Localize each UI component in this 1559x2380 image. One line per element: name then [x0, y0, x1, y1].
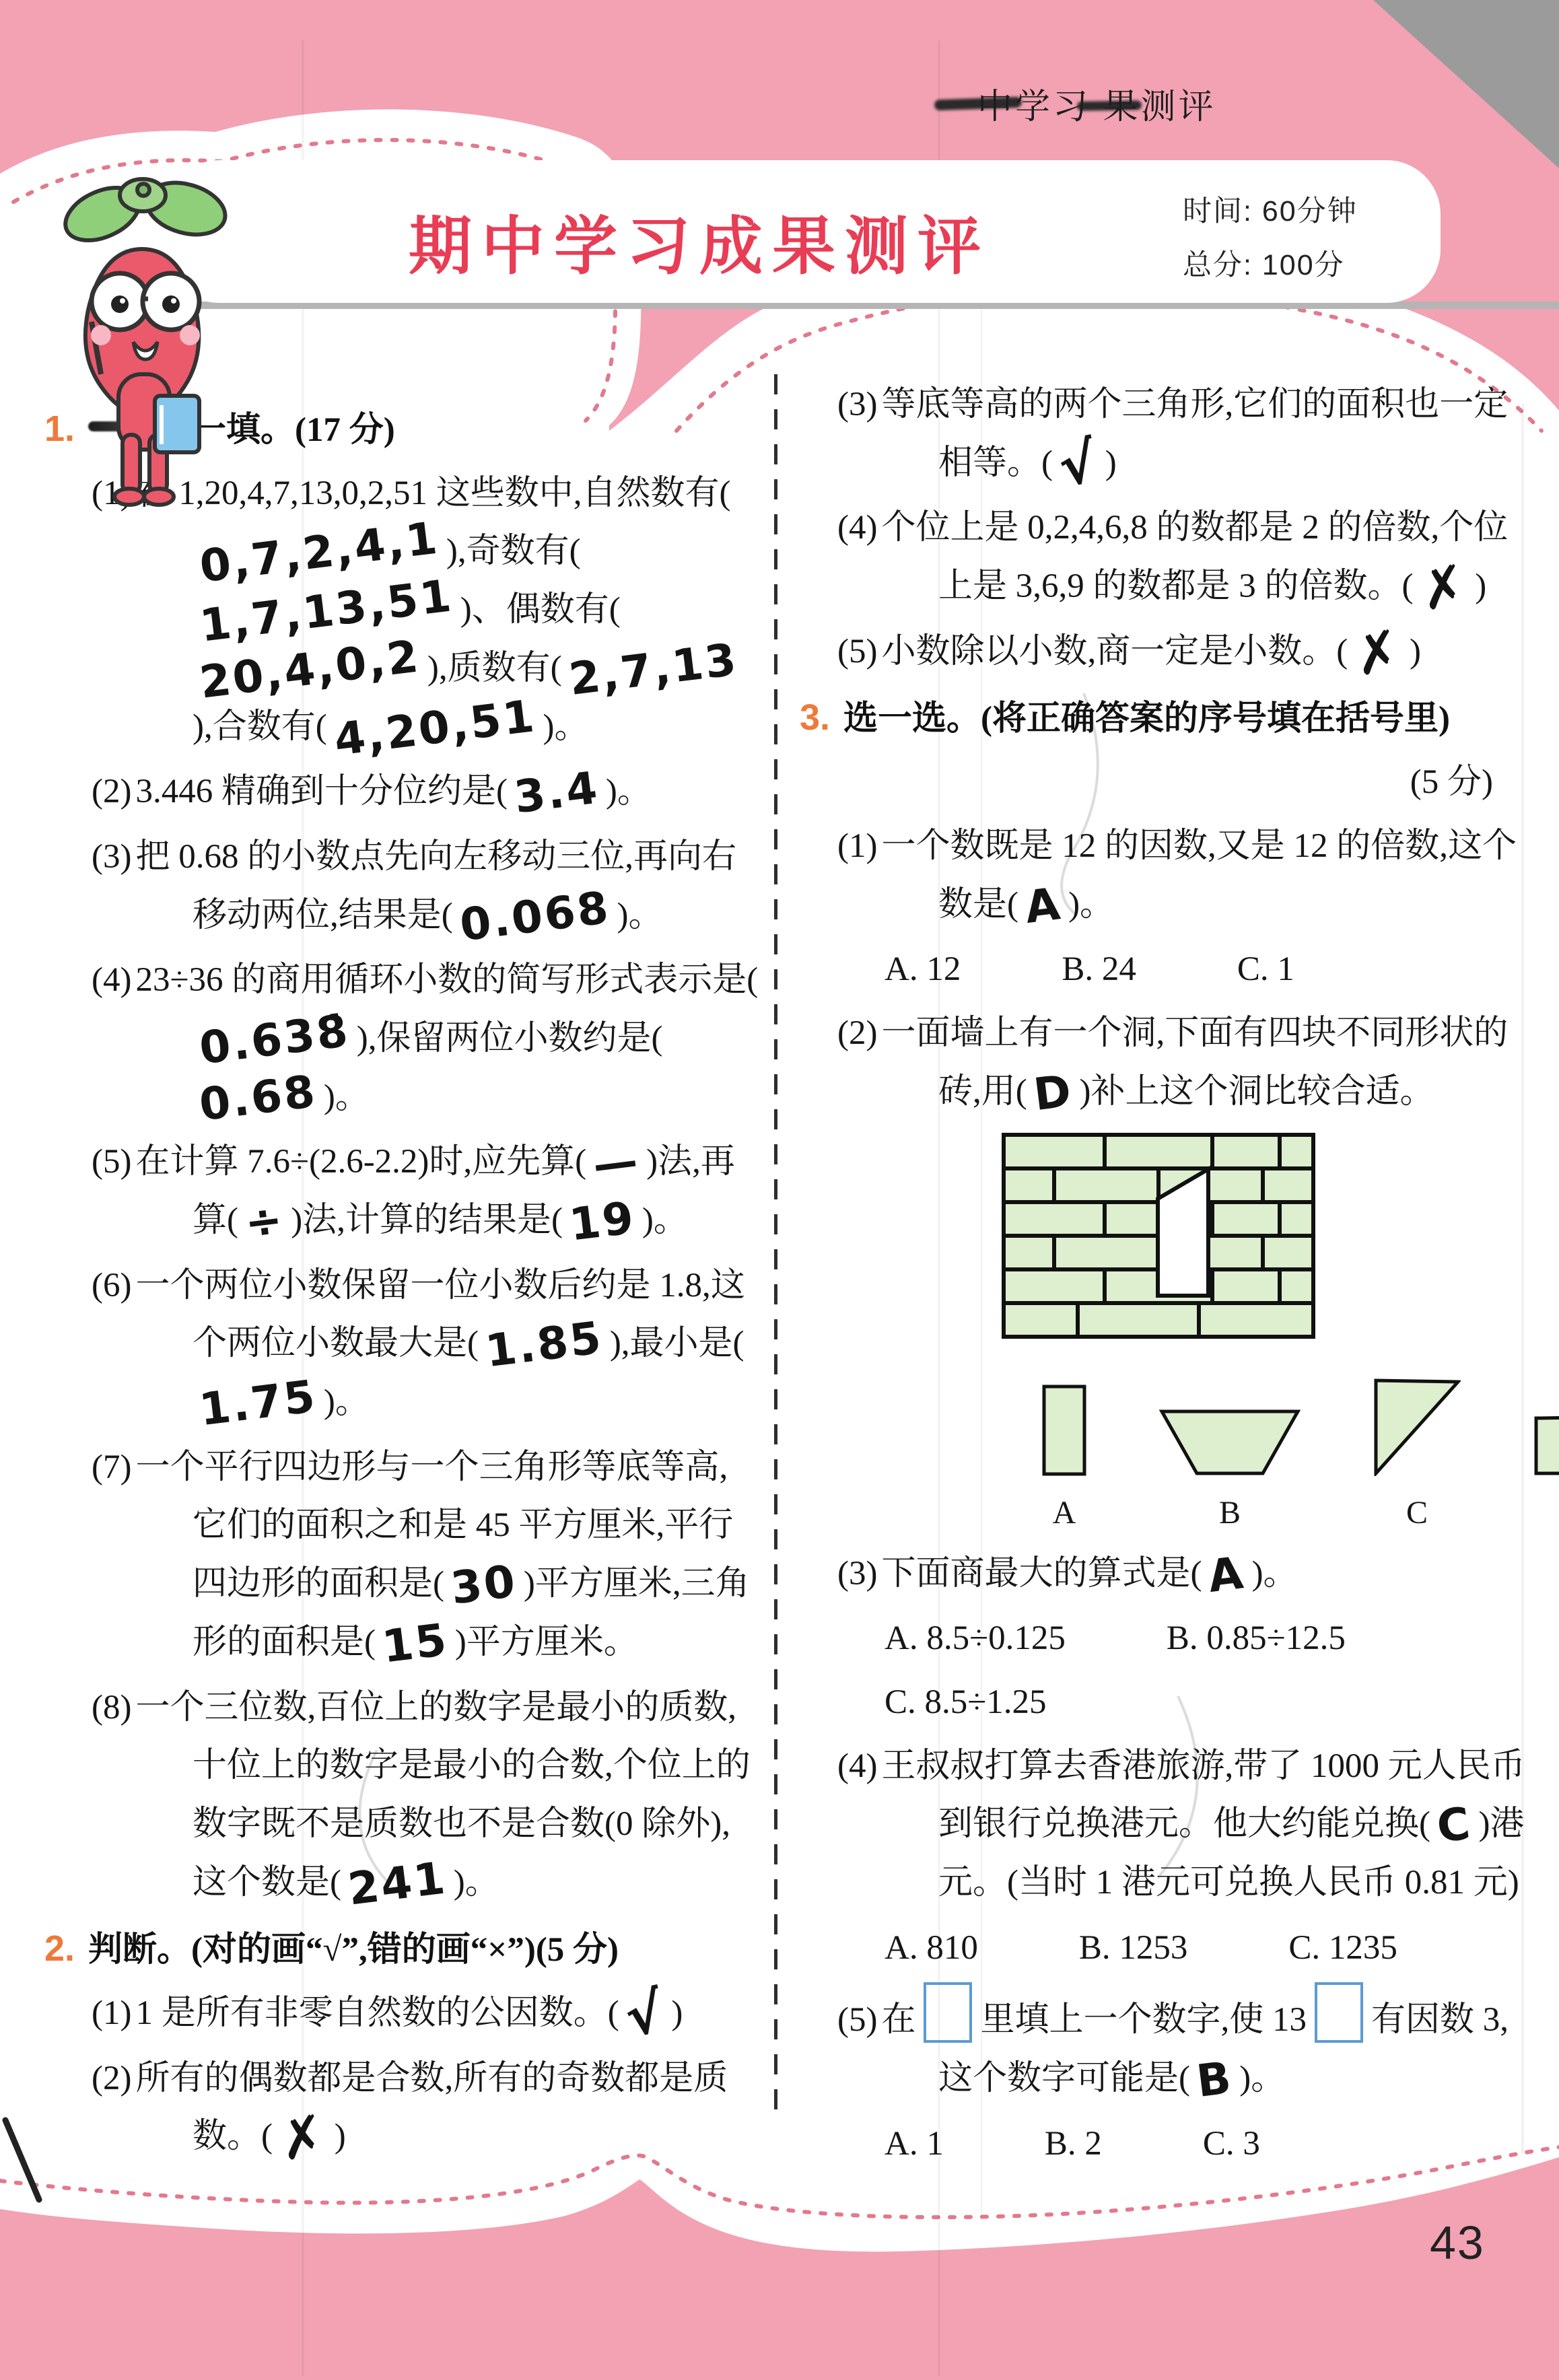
question-number: (2)	[837, 1014, 877, 1052]
answer-box	[1315, 1982, 1363, 2043]
time-limit: 时间: 60分钟	[1183, 188, 1358, 230]
brick-option-a: A	[1042, 1385, 1086, 1541]
handwritten-answer: 15	[380, 1621, 450, 1667]
question-number: (3)	[92, 838, 131, 876]
printed-text: )。	[324, 1078, 370, 1116]
printed-text: 小数除以小数,商一定是小数。(	[881, 633, 1348, 670]
brick-option-b: B	[1159, 1409, 1301, 1541]
printed-text: 在计算 7.6÷(2.6-2.2)时,应先算(	[135, 1143, 586, 1181]
option-label: A. 810	[885, 1919, 978, 1978]
handwritten-answer: 30	[449, 1562, 519, 1608]
options-row: A. 810B. 1253C. 1235	[885, 1919, 1540, 1978]
handwritten-answer: ÷	[243, 1201, 287, 1243]
printed-text: 在	[881, 2001, 915, 2039]
options-row: A. 1B. 2C. 3	[885, 2115, 1540, 2173]
question-number: (7)	[92, 1448, 131, 1486]
section-title: 选一选。(将正确答案的序号填在括号里)	[843, 700, 1450, 738]
total-score: 总分: 100分	[1183, 242, 1345, 283]
printed-text: )平方厘米。	[455, 1623, 638, 1661]
option-label: B. 1253	[1079, 1919, 1188, 1978]
question-item: (5)小数除以小数,商一定是小数。(✗)	[837, 623, 1540, 681]
question-item: (5)在里填上一个数字,使 13有因数 3,这个数字可能是(B)。	[837, 1982, 1540, 2107]
printed-text: )	[335, 2117, 346, 2155]
printed-text: 所有的偶数都是合数,所有的奇数都是质数。(	[135, 2060, 728, 2156]
question-number: (3)	[837, 1555, 877, 1593]
printed-text: ),最小是(	[610, 1325, 744, 1362]
handwritten-answer: 3.4	[512, 769, 601, 817]
question-number: (5)	[837, 633, 877, 670]
question-number: (8)	[92, 1689, 131, 1726]
shape-label: A	[1053, 1485, 1076, 1541]
option-label: B. 2	[1045, 2115, 1102, 2173]
printed-text: )。	[543, 708, 588, 746]
printed-text: )。	[1239, 2060, 1285, 2097]
question-item: (2)一面墙上有一个洞,下面有四块不同形状的砖,用(D)补上这个洞比较合适。	[837, 1004, 1540, 1121]
handwritten-answer: 4,20,51	[332, 697, 537, 759]
question-item: (4)个位上是 0,2,4,6,8 的数都是 2 的倍数,个位上是 3,6,9 …	[837, 499, 1540, 615]
printed-text: ),质数有(	[427, 650, 562, 687]
handwritten-answer: 19	[567, 1199, 637, 1245]
shape-label: C	[1406, 1485, 1428, 1541]
question-item: (3)下面商最大的算式是(A)。	[837, 1545, 1540, 1603]
question-number: (2)	[92, 773, 131, 810]
question-item: (1)一个数既是 12 的因数,又是 12 的倍数,这个数是(A)。	[837, 817, 1540, 934]
printed-text: )。	[324, 1383, 370, 1421]
scanned-worksheet-page: { "colors":{ "page_pink":"#f2a2b2","dott…	[0, 0, 1559, 2380]
left-column: 1.一填。(17 分)(1)在 1,20,4,7,13,0,2,51 这些数中,…	[44, 396, 761, 2173]
printed-text: )	[1105, 444, 1117, 482]
question-number: (4)	[837, 1747, 877, 1785]
options-row: C. 8.5÷1.25	[885, 1673, 1540, 1732]
printed-text: 个位上是 0,2,4,6,8 的数都是 2 的倍数,个位上是 3,6,9 的数都…	[881, 509, 1508, 605]
question-item: (2)3.446 精确到十分位约是(3.4)。	[92, 763, 761, 821]
printed-text: ),合数有(	[193, 708, 327, 746]
handwritten-answer: C	[1435, 1805, 1474, 1846]
option-label: C. 3	[1203, 2115, 1260, 2173]
brick-options-row: A B C D	[1042, 1378, 1540, 1541]
question-item: (8)一个三位数,百位上的数字是最小的质数,十位上的数字是最小的合数,个位上的数…	[92, 1679, 761, 1912]
option-label: A. 8.5÷0.125	[885, 1609, 1066, 1668]
handwritten-answer: 241	[346, 1859, 449, 1908]
brick-option-d: D	[1533, 1414, 1559, 1541]
right-column: (3)等底等高的两个三角形,它们的面积也一定相等。(√)(4)个位上是 0,2,…	[800, 374, 1540, 2179]
option-label: C. 1	[1237, 940, 1294, 999]
handwritten-mark: √	[1056, 442, 1102, 489]
handwritten-answer: 1.75	[197, 1378, 318, 1430]
score-line: (5 分)	[800, 753, 1540, 812]
handwritten-answer: D	[1032, 1072, 1075, 1114]
handwritten-answer: 1.85	[483, 1319, 604, 1371]
shape-label: B	[1219, 1485, 1241, 1541]
handwritten-answer: 0.068	[458, 888, 612, 944]
handwritten-mark: √	[623, 1992, 668, 2039]
printed-text: )法,计算的结果是(	[291, 1201, 563, 1239]
printed-text: )补上这个洞比较合适。	[1080, 1073, 1434, 1111]
printed-text: )	[1410, 633, 1421, 670]
question-item: (5)在计算 7.6÷(2.6-2.2)时,应先算(—)法,再算(÷)法,计算的…	[92, 1133, 761, 1249]
printed-text: ),奇数有(	[446, 532, 581, 570]
handwritten-answer: 2,7,13	[567, 641, 740, 699]
handwritten-mark: ✗	[276, 2114, 331, 2163]
answer-box	[924, 1982, 972, 2043]
printed-text: 23÷36 的商用循环小数的简写形式表示是(	[135, 961, 758, 999]
printed-text: 等底等高的两个三角形,它们的面积也一定相等。(	[881, 386, 1508, 482]
question-item: (2)所有的偶数都是合数,所有的奇数都是质数。(✗)	[92, 2050, 761, 2166]
printed-text: )。	[617, 897, 663, 934]
running-head: 中学习 果测评	[977, 78, 1216, 129]
printed-text: )。	[606, 773, 652, 810]
strawberry-mascot-icon	[54, 152, 237, 516]
option-label: B. 24	[1062, 940, 1136, 999]
options-row: A. 8.5÷0.125B. 0.85÷12.5	[885, 1609, 1540, 1668]
printed-text: ),保留两位小数约是(	[357, 1020, 663, 1057]
printed-text: )。	[1068, 886, 1114, 923]
question-number: (5)	[92, 1143, 131, 1181]
handwritten-answer: —	[591, 1142, 642, 1185]
printed-text: 3.446 精确到十分位约是(	[135, 773, 507, 810]
option-label: B. 0.85÷12.5	[1167, 1609, 1346, 1668]
handwritten-mark: ✗	[1416, 564, 1471, 613]
page-number: 43	[1430, 2216, 1485, 2270]
question-number: (4)	[92, 961, 131, 999]
question-item: (1)1 是所有非零自然数的公因数。(√)	[92, 1984, 761, 2043]
question-number: (2)	[92, 2060, 131, 2097]
question-item: (6)一个两位小数保留一位小数后约是 1.8,这个两位小数最大是(1.85),最…	[92, 1257, 761, 1432]
option-label: C. 8.5÷1.25	[885, 1673, 1047, 1732]
question-item: (4)23÷36 的商用循环小数的简写形式表示是(0.638̇),保留两位小数约…	[92, 951, 761, 1126]
option-label: C. 1235	[1288, 1919, 1397, 1978]
question-item: (3)等底等高的两个三角形,它们的面积也一定相等。(√)	[837, 376, 1540, 492]
question-item: (3)把 0.68 的小数点先向左移动三位,再向右移动两位,结果是(0.068)…	[92, 828, 761, 944]
handwritten-answer: 0.638̇	[197, 1012, 351, 1068]
option-label: A. 1	[885, 2115, 944, 2173]
question-number: (1)	[92, 1994, 131, 2032]
handwritten-answer: A	[1206, 1554, 1247, 1596]
printed-text: )。	[642, 1201, 688, 1239]
printed-text: )。	[1252, 1555, 1298, 1593]
printed-text: 1 是所有非零自然数的公因数。(	[135, 1994, 619, 2032]
section-header: 3.选一选。(将正确答案的序号填在括号里)	[800, 687, 1540, 749]
question-item: (4)王叔叔打算去香港旅游,带了 1000 元人民币到银行兑换港元。他大约能兑换…	[837, 1737, 1540, 1912]
handwritten-answer: A	[1023, 885, 1064, 927]
printed-text: )、偶数有(	[460, 591, 621, 629]
handwritten-answer: 0.68	[197, 1072, 318, 1124]
printed-text: )。	[454, 1864, 499, 1901]
question-number: (6)	[92, 1267, 131, 1304]
printed-text: 里填上一个数字,使 13	[980, 2001, 1307, 2039]
printed-text: )	[671, 1994, 683, 2032]
brick-option-c: C	[1373, 1378, 1461, 1541]
title-band: 期中学习成果测评 时间: 60分钟 总分: 100分	[165, 160, 1441, 303]
handwritten-answer: B	[1195, 2059, 1235, 2101]
option-label: A. 12	[885, 940, 961, 999]
printed-text: 一个数既是 12 的因数,又是 12 的倍数,这个数是(	[881, 827, 1517, 923]
printed-text: 王叔叔打算去香港旅游,带了 1000 元人民币到银行兑换港元。他大约能兑换(	[881, 1747, 1525, 1844]
printed-text: )	[1475, 567, 1486, 605]
options-row: A. 12B. 24C. 1	[885, 940, 1540, 999]
page-title: 期中学习成果测评	[409, 195, 990, 286]
question-number: (5)	[837, 2001, 877, 2039]
section-header: 2.判断。(对的画“√”,错的画“×”)(5 分)	[44, 1918, 761, 1980]
brick-wall-figure: A B C D	[1002, 1133, 1540, 1540]
column-divider	[774, 374, 777, 2117]
handwritten-mark: ✗	[1351, 629, 1406, 678]
section-title: 判断。(对的画“√”,错的画“×”)(5 分)	[88, 1931, 619, 1969]
question-number: (3)	[837, 386, 877, 423]
section-number: 2.	[44, 1928, 75, 1969]
printed-text: 下面商最大的算式是(	[881, 1555, 1202, 1593]
question-number: (1)	[837, 827, 877, 865]
question-number: (4)	[837, 509, 877, 547]
section-number: 3.	[800, 697, 830, 738]
question-item: (7)一个平行四边形与一个三角形等底等高,它们的面积之和是 45 平方厘米,平行…	[92, 1438, 761, 1672]
